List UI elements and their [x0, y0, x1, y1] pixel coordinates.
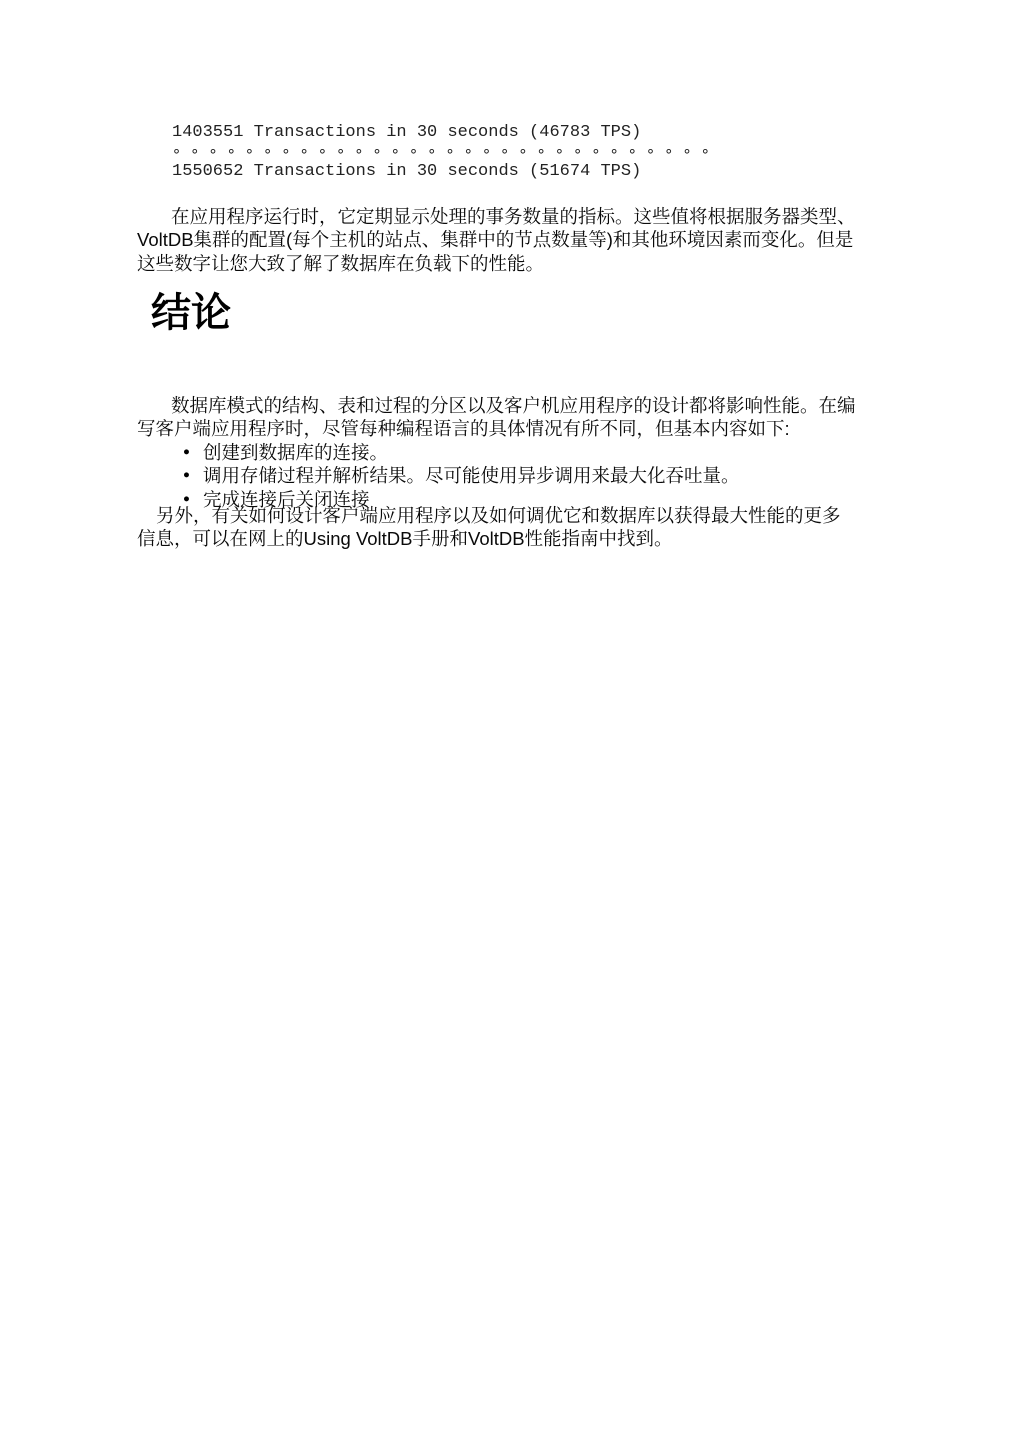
paragraph-further-reading: 另外，有关如何设计客户端应用程序以及如何调优它和数据库以获得最大性能的更多信息，…: [137, 504, 879, 551]
text-line: 这些数字让您大致了解了数据库在负载下的性能。: [137, 252, 879, 275]
bullet-icon: ●: [183, 464, 203, 487]
console-line-tps-1: 1403551 Transactions in 30 seconds (4678…: [172, 123, 710, 143]
console-line-tps-2: 1550652 Transactions in 30 seconds (5167…: [172, 162, 710, 182]
paragraph-conclusion-intro: 数据库模式的结构、表和过程的分区以及客户机应用程序的设计都将影响性能。在编写客户…: [137, 394, 879, 441]
paragraph-performance-note: 在应用程序运行时，它定期显示处理的事务数量的指标。这些值将根据服务器类型、Vol…: [137, 205, 879, 275]
document-page: 1403551 Transactions in 30 seconds (4678…: [0, 0, 1019, 1440]
section-heading-conclusion: 结论: [151, 291, 231, 335]
bullet-item-text: 调用存储过程并解析结果。尽可能使用异步调用来最大化吞吐量。: [203, 465, 740, 486]
bullet-item: ●调用存储过程并解析结果。尽可能使用异步调用来最大化吞吐量。: [137, 464, 879, 487]
text-line: 在应用程序运行时，它定期显示处理的事务数量的指标。这些值将根据服务器类型、: [137, 205, 879, 228]
console-progress-dots: ∘ ∘ ∘ ∘ ∘ ∘ ∘ ∘ ∘ ∘ ∘ ∘ ∘ ∘ ∘ ∘ ∘ ∘ ∘ ∘ …: [172, 143, 710, 163]
bullet-icon: ●: [183, 441, 203, 464]
text-line: 数据库模式的结构、表和过程的分区以及客户机应用程序的设计都将影响性能。在编: [137, 394, 879, 417]
text-line: 另外，有关如何设计客户端应用程序以及如何调优它和数据库以获得最大性能的更多: [137, 504, 879, 527]
console-output: 1403551 Transactions in 30 seconds (4678…: [172, 123, 710, 182]
text-line: 信息，可以在网上的Using VoltDB手册和VoltDB性能指南中找到。: [137, 527, 879, 550]
text-line: VoltDB集群的配置(每个主机的站点、集群中的节点数量等)和其他环境因素而变化…: [137, 228, 879, 251]
bullet-item-text: 创建到数据库的连接。: [203, 442, 388, 463]
text-line: 写客户端应用程序时，尽管每种编程语言的具体情况有所不同，但基本内容如下:: [137, 417, 879, 440]
bullet-item: ●创建到数据库的连接。: [137, 441, 879, 464]
bullet-list: ●创建到数据库的连接。●调用存储过程并解析结果。尽可能使用异步调用来最大化吞吐量…: [137, 441, 879, 511]
